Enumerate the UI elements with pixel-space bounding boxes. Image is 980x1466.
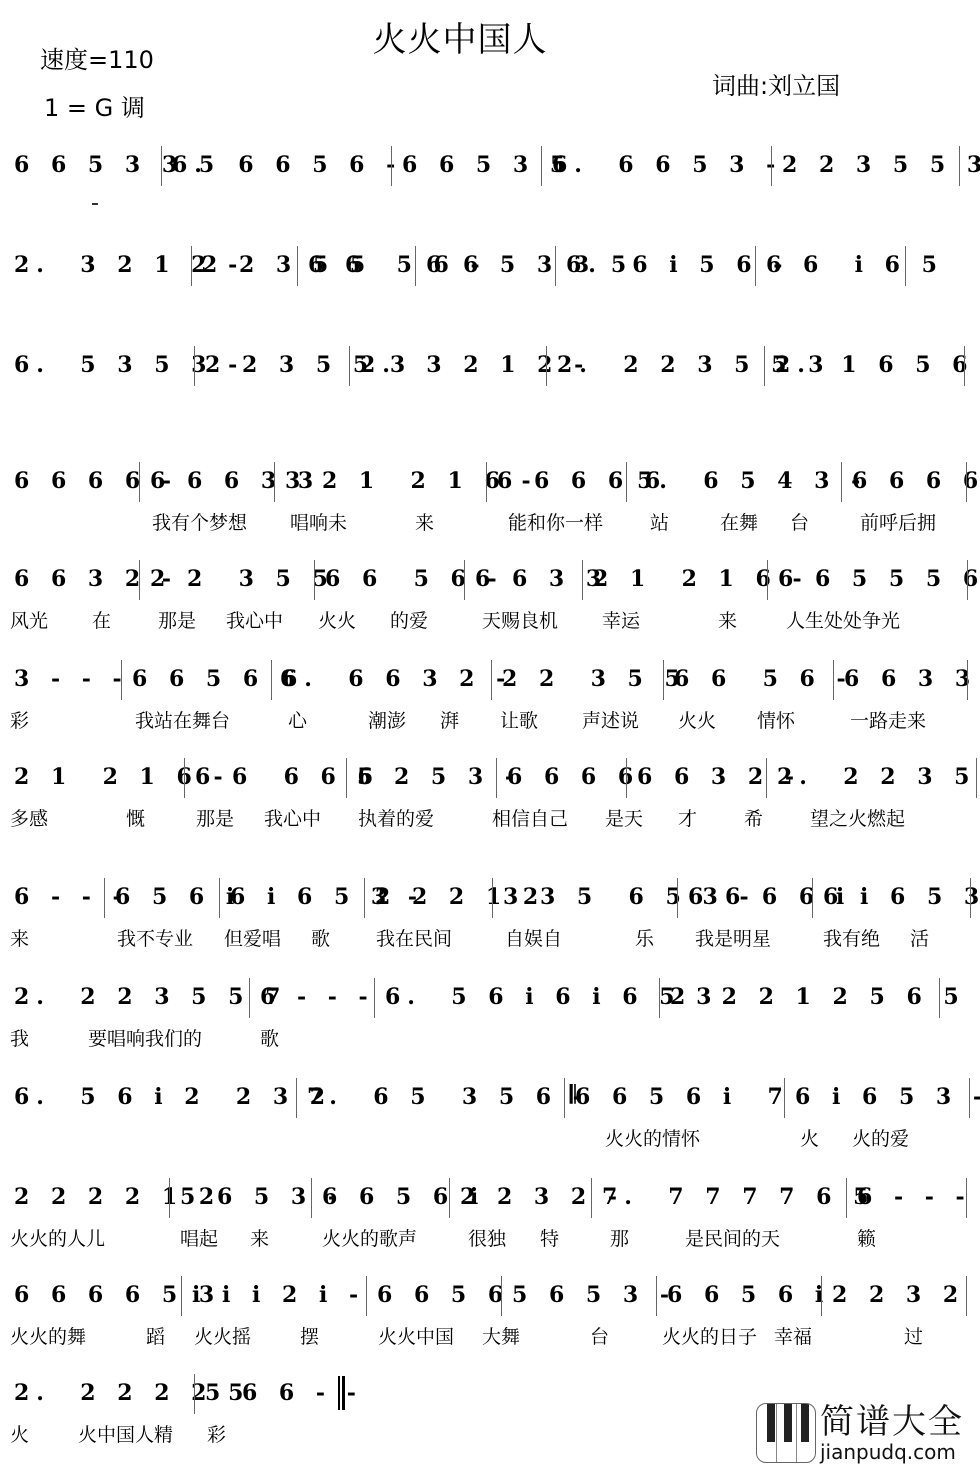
lyric-segment: 火 [800, 1124, 819, 1151]
lyric-segment: 我站在舞台 [135, 706, 230, 733]
measure: 2 2 2 2 1 2 [0, 1184, 170, 1224]
lyric-segment: 我是明星 [695, 924, 771, 951]
final-barline-thick [342, 1376, 345, 1410]
lyric-segment: 天赐良机 [482, 606, 558, 633]
lyric-segment: 台 [590, 1322, 609, 1349]
measure: 6 6 5 6 - [315, 566, 465, 606]
score-row: 6 6 6 6 -6 6 6 3 33 2 1 2 1 6 -6 6 6 6 6… [0, 468, 980, 558]
measure-notes: 6 i 6 5 3 - [795, 1084, 980, 1110]
measure: 6 6 5 6 [367, 1282, 502, 1322]
lyrics-line: 来我不专业但爱唱歌我在民间自娱自乐我是明星我有绝活 [0, 924, 980, 954]
measure: 2 2 3 5 5 3 [195, 352, 350, 392]
notation-line: 6 6 6 6 5 3i i i 2 i -6 6 5 65 6 5 3 -6 … [0, 1282, 980, 1322]
tempo-marking: 速度=110 [40, 40, 154, 75]
watermark-name: 简谱大全 [820, 1403, 964, 1441]
lyric-segment: 我有绝 [823, 924, 880, 951]
lyric-segment: 风光 [10, 606, 48, 633]
measure-notes: 6 6 5 5 5 6 5 [778, 566, 980, 592]
notation-line: 6 - - -6 5 6 i6 i 6 5 3 -2 2 2 1 23 3 5 … [0, 884, 980, 924]
lyric-segment: 多感 [10, 804, 48, 831]
lyric-segment: 大舞 [482, 1322, 520, 1349]
measure: 2 2 3 2 - [450, 1184, 592, 1224]
repeat-start-barline: 𝄆 [570, 1080, 582, 1109]
score-row: 6 6 6 6 5 3i i i 2 i -6 6 5 65 6 5 3 -6 … [0, 1282, 980, 1372]
measure: 6. 5 3 5 3 - [0, 352, 195, 392]
measure: 2. 3 2 1 2 - [350, 352, 547, 392]
lyric-segment: 火火 [318, 606, 356, 633]
measure: 6 6 6 3 3 [140, 468, 275, 508]
lyric-segment: 蹈 [146, 1322, 165, 1349]
measure: 6. 6 6 5 6 - [162, 152, 392, 192]
measure: 6 6 5 6 i [312, 1184, 450, 1224]
lyric-segment: 歌 [311, 924, 330, 951]
measure: 6 6 6 6 i [678, 884, 813, 924]
lyrics-line: 彩我站在舞台心潮澎湃让歌声述说火火情怀一路走来 [0, 706, 980, 736]
measure: 6 6 6 6 5 3 [0, 1282, 182, 1322]
measure: 2. 2 2 3 5 5 7 [767, 764, 977, 804]
lyric-segment: 我 [10, 1024, 29, 1051]
measure: 7. 7 7 7 7 6 5 [592, 1184, 847, 1224]
lyric-segment: 我不专业 [117, 924, 193, 951]
score-row: 6. 5 3 5 3 -2 2 3 5 5 32. 3 2 1 2 -2. 2 … [0, 352, 980, 442]
measure: 5 6 5 3 - [170, 1184, 312, 1224]
score-row: 2 1 2 1 6 -6 6 6 6 65 2 5 3 -6 6 6 66 6 … [0, 764, 980, 854]
piano-icon [756, 1403, 816, 1463]
lyric-segment: 火火摇 [194, 1322, 251, 1349]
lyric-segment: 潮澎 [368, 706, 406, 733]
lyric-segment: 是天 [605, 804, 643, 831]
measure-notes: i i i 2 i - [192, 1282, 365, 1308]
measure-notes: 6. 6 6 5 6 - [172, 152, 402, 178]
lyric-segment: 站 [650, 508, 669, 535]
notation-line: 6 6 3 2 -2 2 3 5 56 6 5 6 -6 6 3 32 1 2 … [0, 566, 980, 606]
measure: 6 6 6 6 - [0, 468, 140, 508]
lyric-segment: 火火 [678, 706, 716, 733]
score-row: 6. 5 6 i 2 2 3 27. 6 5 3 5 6 -6 6 5 6 i … [0, 1084, 980, 1174]
measure: 6. 5 6 i 6 i 6 5 3 [375, 984, 660, 1024]
measure: 2 1 2 1 6 - [0, 764, 185, 804]
composer-credit: 词曲:刘立国 [712, 66, 840, 101]
lyric-segment: 那是 [158, 606, 196, 633]
score-row: 2. 3 2 1 2 -2 2 3 5 56 6 5 6 -6 6 5 3 3 … [0, 252, 980, 342]
measure: 6 6 5 5 5 6 5 [768, 566, 968, 606]
lyric-segment: 前呼后拥 [860, 508, 936, 535]
score-row: 2 2 2 2 1 25 6 5 3 -6 6 5 6 i2 2 3 2 -7.… [0, 1184, 980, 1274]
lyric-segment: 相信自己 [492, 804, 568, 831]
measure: 6 5 6 i [105, 884, 220, 924]
measure: 3 2 1 2 1 6 - [275, 468, 487, 508]
lyric-segment: 火 [10, 1420, 29, 1447]
measure-notes: 6 6 i 6 5 [766, 252, 944, 278]
notation-line: 3 - - -6 6 5 6 66. 6 6 3 2 -2 2 3 5 56 6… [0, 666, 980, 706]
measure-notes: 2 2 3 2 - [832, 1282, 980, 1308]
lyric-segment: 摆 [300, 1322, 319, 1349]
lyric-segment: 的爱 [390, 606, 428, 633]
lyric-segment: 自娱自 [505, 924, 562, 951]
notation-line: 2 1 2 1 6 -6 6 6 6 65 2 5 3 -6 6 6 66 6 … [0, 764, 980, 804]
measure: 5 6 5 3 - [502, 1282, 657, 1322]
measure: 6 6 6 6 [497, 764, 627, 804]
lyric-segment: 来 [10, 924, 29, 951]
lyric-segment: 火火的舞 [10, 1322, 86, 1349]
lyric-segment: 那是 [196, 804, 234, 831]
measure: 6 6 6 6 [842, 468, 967, 508]
notation-line: 2. 3 2 1 2 -2 2 3 5 56 6 5 6 -6 6 5 3 3 … [0, 252, 980, 292]
lyric-segment: 火火的日子 [662, 1322, 757, 1349]
measure-notes: 6 - - - [857, 1184, 972, 1210]
lyric-segment: 我有个梦想 [152, 508, 247, 535]
lyric-segment: 一路走来 [850, 706, 926, 733]
measure: 6 6 5 6 i [657, 1282, 822, 1322]
lyric-segment: 来 [250, 1224, 269, 1251]
measure: 2 2 3 5 5 [192, 252, 298, 292]
lyric-segment: 湃 [440, 706, 459, 733]
lyric-segment: 火火中国 [378, 1322, 454, 1349]
measure: 5. 6 5 4 3 - [627, 468, 842, 508]
lyric-segment: 在 [92, 606, 111, 633]
score-row: 6 6 5 3 3 56. 6 6 5 6 -6 6 5 3 56. 6 6 5… [0, 152, 980, 242]
measure: 2 2 3 5 5 3 [772, 152, 960, 192]
measure: 6 6 5 6 i 7 [565, 1084, 785, 1124]
lyric-segment: 情怀 [757, 706, 795, 733]
lyric-segment: 人生处处争光 [786, 606, 900, 633]
measure-notes: 6 6 6 6 [852, 468, 980, 494]
measure-notes: 2 2 3 5 5 3 [782, 152, 980, 178]
final-barline [338, 1376, 340, 1410]
lyric-segment: 籁 [857, 1224, 876, 1251]
measure-notes: 6. 6 6 3 2 - [282, 666, 512, 692]
measure: 7. 6 5 3 5 6 - [297, 1084, 565, 1124]
lyric-segment: 彩 [10, 706, 29, 733]
measure: 2. 2 2 2 2 5 [0, 1380, 195, 1420]
lyric-segment: 火中国人精 [78, 1420, 173, 1447]
measure-notes: 7. 6 5 3 5 6 - [307, 1084, 589, 1110]
measure: 6 6 5 3 5 [392, 152, 542, 192]
lyric-segment: 特 [540, 1224, 559, 1251]
measure-notes: 2. 2 2 3 5 5 7 [14, 984, 287, 1010]
lyric-segment: 唱起 [180, 1224, 218, 1251]
watermark-logo: 简谱大全 jianpudq.com [756, 1400, 980, 1466]
notation-line: 2 2 2 2 1 25 6 5 3 -6 6 5 6 i2 2 3 2 -7.… [0, 1184, 980, 1224]
measure: 2 2 3 5 5 [140, 566, 315, 606]
measure-notes: 6 6 5 6 i [667, 1282, 830, 1308]
lyric-segment: 唱响未 [290, 508, 347, 535]
lyric-segment: 那 [610, 1224, 629, 1251]
lyric-segment: 要唱响我们的 [88, 1024, 202, 1051]
measure: 2. 2 2 3 5 5 7 [0, 984, 250, 1024]
measure-notes: 2. 1 6 5 6 - [775, 352, 980, 378]
measure-notes: 6 6 5 6 i 7 [575, 1084, 790, 1110]
notation-line: 6 6 6 6 -6 6 6 3 33 2 1 2 1 6 -6 6 6 6 6… [0, 468, 980, 508]
measure-notes: 2 2 3 5 5 [150, 566, 335, 592]
lyric-segment: 很独 [468, 1224, 506, 1251]
measure: 2. 3 2 1 2 - [0, 252, 192, 292]
measure: 2 2 2 1 2 5 6 5 2 3 [660, 984, 940, 1024]
lyrics-line: 火火的人儿唱起来火火的歌声很独特那是民间的天籁 [0, 1224, 980, 1254]
notation-line: 6. 5 6 i 2 2 3 27. 6 5 3 5 6 -6 6 5 6 i … [0, 1084, 980, 1124]
measure-notes: 6 i 6 5 3 - [823, 884, 980, 910]
lyric-segment: 是民间的天 [685, 1224, 780, 1251]
lyric-segment: 幸福 [774, 1322, 812, 1349]
measure-notes: 6 6 3 3 [844, 666, 977, 692]
lyrics-line [0, 392, 980, 422]
lyric-segment: 才 [678, 804, 697, 831]
measure-notes: 5. 6 5 4 3 - [637, 468, 867, 494]
measure-notes: 2. 2 2 3 5 5 7 [777, 764, 980, 790]
measure: 2 2 2 1 2 [365, 884, 493, 924]
measure: 6 6 6 6 6 [185, 764, 347, 804]
measure-notes: 6 6 6 6 [507, 764, 640, 790]
lyric-segment: 来 [415, 508, 434, 535]
measure: 3 3 5 6 5 3 - [493, 884, 678, 924]
lyric-segment: 台 [790, 508, 809, 535]
measure: 2 2 3 2 - [822, 1282, 967, 1322]
measure: 6. 6 6 3 2 - [272, 666, 492, 706]
measure: 6. 6 6 5 3 - [542, 152, 772, 192]
measure: 6 6 5 3 3 5 [416, 252, 556, 292]
lyric-segment: 慨 [126, 804, 145, 831]
measure-notes: 2 2 3 5 5 [502, 666, 687, 692]
measure-notes: 5 6 5 3 - [512, 1282, 676, 1308]
measure-notes: 6. 5 6 i 2 2 3 2 [14, 1084, 332, 1110]
notation-line: 6 6 5 3 3 56. 6 6 5 6 -6 6 5 3 56. 6 6 5… [0, 152, 980, 192]
measure: 6 6 3 3 [465, 566, 583, 606]
measure: 6 i 6 5 3 - [220, 884, 365, 924]
lyric-segment: 火火的人儿 [10, 1224, 105, 1251]
lyric-segment: 但爱唱 [224, 924, 281, 951]
notation-line: 6. 5 3 5 3 -2 2 3 5 5 32. 3 2 1 2 -2. 2 … [0, 352, 980, 392]
lyrics-line: 火火的舞蹈火火摇摆火火中国大舞台火火的日子幸福过 [0, 1322, 980, 1352]
measure-notes: 6 6 5 6 [377, 1282, 510, 1308]
lyric-segment: 彩 [207, 1420, 226, 1447]
lyric-segment: 声述说 [582, 706, 639, 733]
lyric-segment: 歌 [260, 1024, 279, 1051]
measure: 6 i 6 5 3 - [813, 884, 971, 924]
lyrics-line: 我要唱响我们的歌 [0, 1024, 980, 1054]
lyric-segment: 望之火燃起 [810, 804, 905, 831]
measure: 6 6 i 6 5 [756, 252, 906, 292]
measure-notes: 3 - - - [14, 666, 129, 692]
measure: 6 - - - [250, 984, 375, 1024]
measure: 6 6 3 2 - [627, 764, 767, 804]
lyrics-line: 火火的情怀火火的爱 [0, 1124, 980, 1154]
measure: 6. 6 i 5 6 - [556, 252, 756, 292]
lyric-segment: 过 [904, 1322, 923, 1349]
measure: 6 6 5 3 3 5 [0, 152, 162, 192]
lyric-segment: 火火的情怀 [605, 1124, 700, 1151]
lyric-segment: 幸运 [602, 606, 640, 633]
lyrics-line [0, 292, 980, 322]
measure: 6 6 5 6 6 [122, 666, 272, 706]
watermark-site: jianpudq.com [820, 1441, 964, 1463]
lyric-segment: 来 [718, 606, 737, 633]
score-row: 6 - - -6 5 6 i6 i 6 5 3 -2 2 2 1 23 3 5 … [0, 884, 980, 974]
lyric-segment: 我心中 [264, 804, 321, 831]
measure: 2 2 3 5 5 [492, 666, 664, 706]
measure: i i i 2 i - [182, 1282, 367, 1322]
measure-notes: 6 - - - [260, 984, 375, 1010]
lyric-segment: 火的爱 [852, 1124, 909, 1151]
measure-notes: 6. 6 6 5 3 - [552, 152, 782, 178]
key-signature: 1 = G 调 [44, 88, 145, 123]
measure: 6 6 3 2 - [0, 566, 140, 606]
lyric-segment: 希 [744, 804, 763, 831]
notation-line: 2. 2 2 3 5 5 76 - - -6. 5 6 i 6 i 6 5 32… [0, 984, 980, 1024]
measure-notes: 6 6 5 6 - [674, 666, 853, 692]
measure-notes: 7. 7 7 7 7 6 5 [602, 1184, 875, 1210]
score-row: 2. 2 2 3 5 5 76 - - -6. 5 6 i 6 i 6 5 32… [0, 984, 980, 1074]
lyric-segment: 在舞 [720, 508, 758, 535]
measure: 5 2 5 3 - [347, 764, 497, 804]
measure: 5 6 6 - - [195, 1380, 345, 1420]
measure: 2. 2 2 3 5 5 3 [547, 352, 765, 392]
lyric-segment: 心 [288, 706, 307, 733]
measure: 2. 1 6 5 6 - [765, 352, 965, 392]
lyric-segment: 我在民间 [376, 924, 452, 951]
measure: 3 - - - [0, 666, 122, 706]
measure: 6 6 5 6 - [298, 252, 416, 292]
lyric-segment: 火火的歌声 [322, 1224, 417, 1251]
score-row: 6 6 3 2 -2 2 3 5 56 6 5 6 -6 6 3 32 1 2 … [0, 566, 980, 656]
lyric-segment: 乐 [635, 924, 654, 951]
measure: 2 1 2 1 6 - [583, 566, 768, 606]
measure: 6 6 3 3 [834, 666, 968, 706]
lyrics-line: 多感慨那是我心中执着的爱相信自己是天才希望之火燃起 [0, 804, 980, 834]
lyric-segment: 让歌 [500, 706, 538, 733]
lyrics-line: 我有个梦想唱响未来能和你一样站在舞台前呼后拥 [0, 508, 980, 538]
lyrics-line: 风光在那是我心中火火的爱天赐良机幸运来人生处处争光 [0, 606, 980, 636]
measure: 6. 5 6 i 2 2 3 2 [0, 1084, 297, 1124]
measure: 6 - - - [847, 1184, 967, 1224]
lyrics-line [0, 192, 980, 222]
measure-notes: 2 2 2 1 2 5 6 5 2 3 [670, 984, 980, 1010]
score-row: 3 - - -6 6 5 6 66. 6 6 3 2 -2 2 3 5 56 6… [0, 666, 980, 756]
measure: 6 6 6 6 6 [487, 468, 627, 508]
measure: 6 6 5 6 - [664, 666, 834, 706]
lyric-segment: 执着的爱 [358, 804, 434, 831]
measure: 6 i 6 5 3 - [785, 1084, 970, 1124]
lyric-segment: 我心中 [226, 606, 283, 633]
lyric-segment: 能和你一样 [508, 508, 603, 535]
measure: 6 - - - [0, 884, 105, 924]
lyric-segment: 活 [910, 924, 929, 951]
